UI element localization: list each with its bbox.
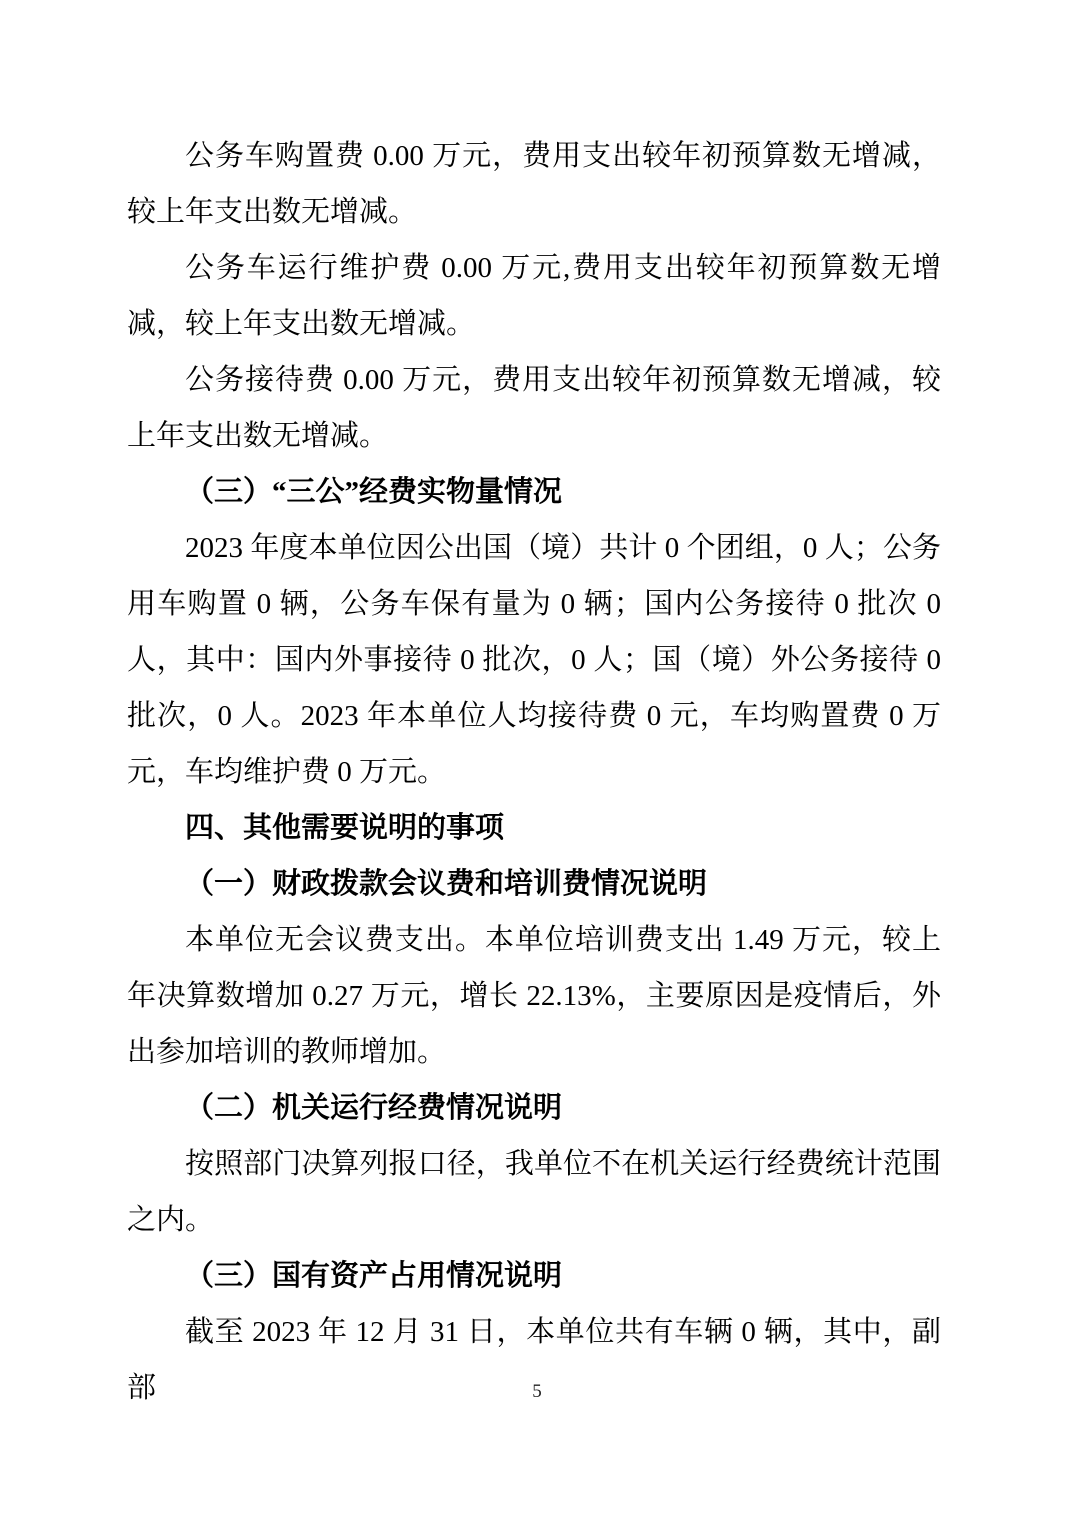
section-heading-meeting-training-fee: （一）财政拨款会议费和培训费情况说明 <box>127 856 941 912</box>
document-page: 公务车购置费 0.00 万元，费用支出较年初预算数无增减，较上年支出数无增减。 … <box>0 0 1074 1520</box>
page-number: 5 <box>0 1381 1074 1403</box>
document-body: 公务车购置费 0.00 万元，费用支出较年初预算数无增减，较上年支出数无增减。 … <box>127 128 941 1416</box>
paragraph-meeting-training-fee-details: 本单位无会议费支出。本单位培训费支出 1.49 万元，较上年决算数增加 0.27… <box>127 912 941 1080</box>
section-heading-three-public-expenses-physical: （三）“三公”经费实物量情况 <box>127 464 941 520</box>
paragraph-official-reception-fee: 公务接待费 0.00 万元，费用支出较年初预算数无增减，较上年支出数无增减。 <box>127 352 941 464</box>
paragraph-agency-operating-expense-details: 按照部门决算列报口径，我单位不在机关运行经费统计范围之内。 <box>127 1136 941 1248</box>
paragraph-vehicle-purchase-fee: 公务车购置费 0.00 万元，费用支出较年初预算数无增减，较上年支出数无增减。 <box>127 128 941 240</box>
section-heading-state-owned-assets: （三）国有资产占用情况说明 <box>127 1248 941 1304</box>
paragraph-physical-quantity-details: 2023 年度本单位因公出国（境）共计 0 个团组，0 人；公务用车购置 0 辆… <box>127 520 941 800</box>
chapter-heading-other-matters: 四、其他需要说明的事项 <box>127 800 941 856</box>
paragraph-vehicle-maintenance-fee: 公务车运行维护费 0.00 万元,费用支出较年初预算数无增减，较上年支出数无增减… <box>127 240 941 352</box>
section-heading-agency-operating-expense: （二）机关运行经费情况说明 <box>127 1080 941 1136</box>
